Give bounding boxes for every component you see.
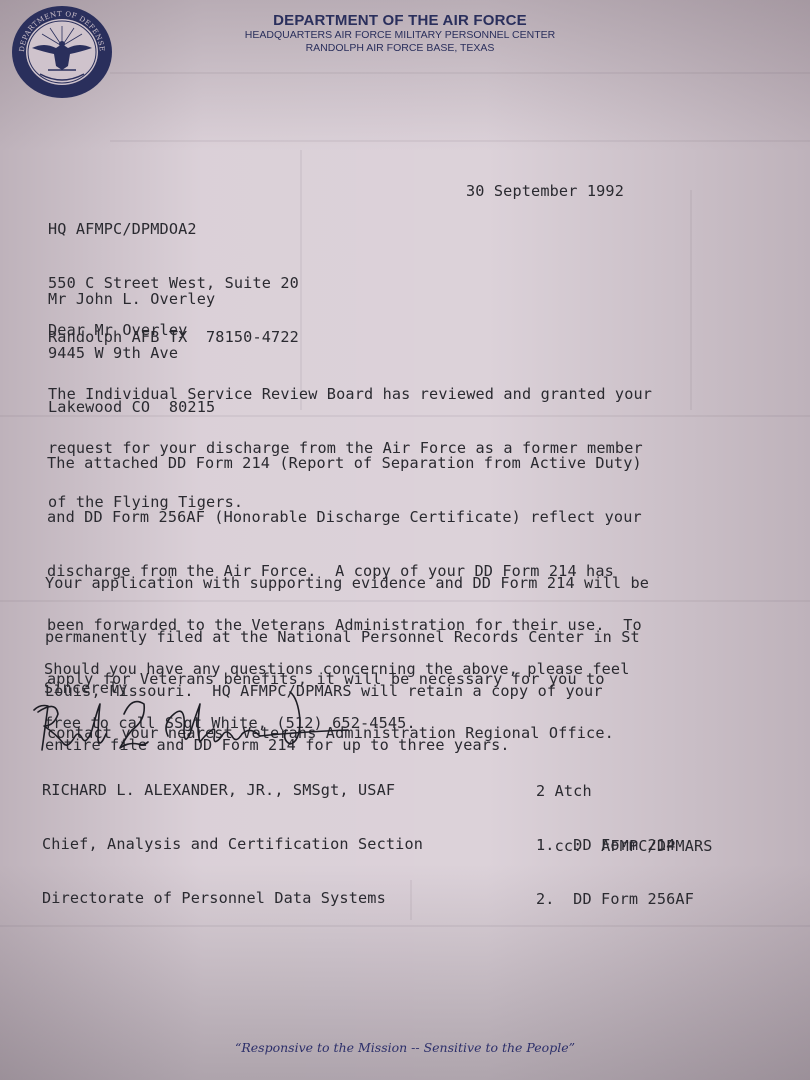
paragraph-line: Should you have any questions concerning… [44,660,630,678]
sender-office: HQ AFMPC/DPMDOA2 [48,220,299,238]
paragraph-line: Your application with supporting evidenc… [45,574,649,592]
letter-date: 30 September 1992 [466,182,624,200]
signer-name: RICHARD L. ALEXANDER, JR., SMSgt, USAF [42,781,423,799]
letterhead: DEPARTMENT OF THE AIR FORCE HEADQUARTERS… [190,12,610,55]
cc-value: AFMPC/DPMARS [601,837,713,855]
cc-line: cc: AFMPC/DPMARS [536,819,713,855]
show-through-line [110,72,810,74]
show-through-line [110,140,810,142]
recipient-name: Mr John L. Overley [48,290,215,308]
letterhead-line-2: RANDOLPH AIR FORCE BASE, TEXAS [190,42,610,55]
signer-title: Chief, Analysis and Certification Sectio… [42,835,423,853]
salutation: Dear Mr Overley [48,321,187,339]
department-of-defense-seal-icon: DEPARTMENT OF DEFENSE [10,4,114,100]
paragraph-line: The Individual Service Review Board has … [48,385,652,403]
signature-block: RICHARD L. ALEXANDER, JR., SMSgt, USAF C… [42,745,423,925]
letterhead-line-1: HEADQUARTERS AIR FORCE MILITARY PERSONNE… [190,29,610,42]
paragraph-line: The attached DD Form 214 (Report of Sepa… [47,454,642,472]
signer-directorate: Directorate of Personnel Data Systems [42,889,423,907]
cc-label: cc: [555,837,583,855]
attachments-header: 2 Atch [536,782,694,800]
footer-motto: “Responsive to the Mission -- Sensitive … [0,1040,810,1055]
letterhead-title: DEPARTMENT OF THE AIR FORCE [190,12,610,29]
attachment-item: 2. DD Form 256AF [536,890,694,908]
show-through-line [690,190,692,410]
paragraph-line: and DD Form 256AF (Honorable Discharge C… [47,508,642,526]
